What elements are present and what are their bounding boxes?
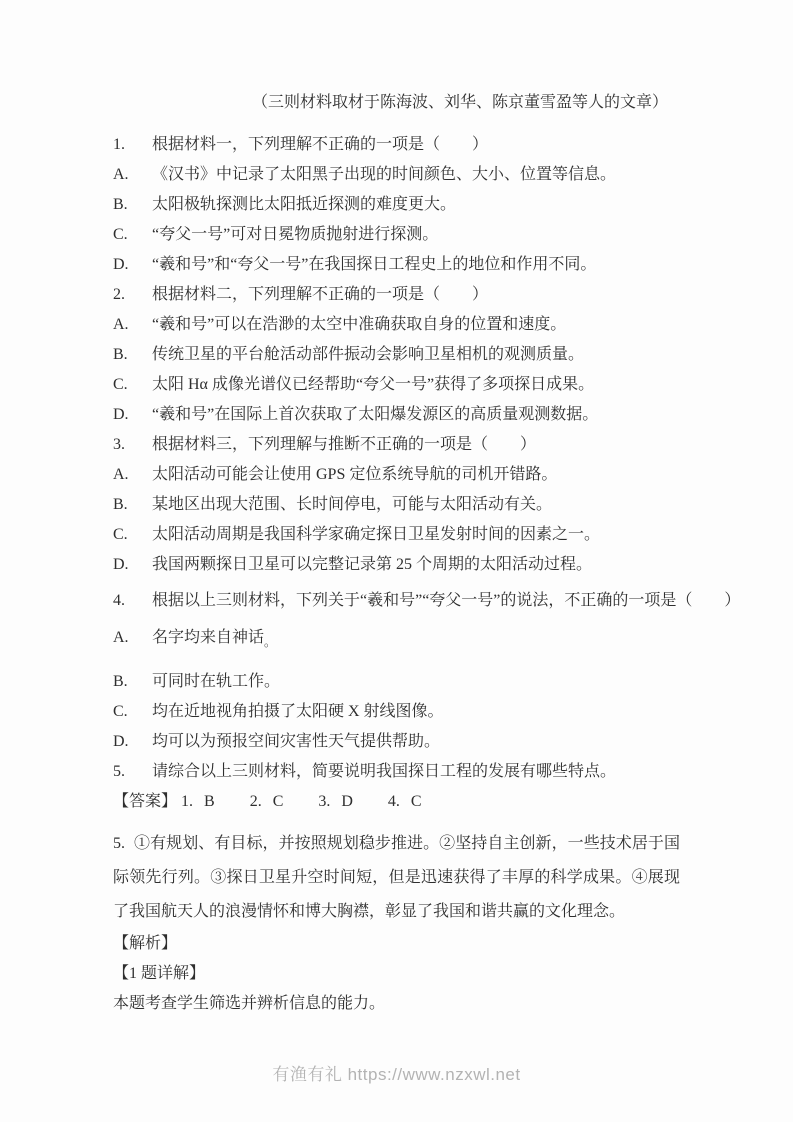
option-row: A. “羲和号”可以在浩渺的太空中准确获取自身的位置和速度。 [113, 310, 680, 340]
question-stem-row: 4. 根据以上三则材料，下列关于“羲和号”“夸父一号”的说法，不正确的一项是（ … [113, 586, 680, 616]
option-row: A. 《汉书》中记录了太阳黑子出现的时间颜色、大小、位置等信息。 [113, 160, 680, 190]
option-text: “夸父一号”可对日冕物质抛射进行探测。 [152, 220, 438, 250]
option-text: 太阳活动周期是我国科学家确定探日卫星发射时间的因素之一。 [152, 520, 600, 550]
option-text: 太阳 Hα 成像光谱仪已经帮助“夸父一号”获得了多项探日成果。 [152, 370, 594, 400]
option-row: D. 我国两颗探日卫星可以完整记录第 25 个周期的太阳活动过程。 [113, 550, 680, 580]
option-row: C. 均在近地视角拍摄了太阳硬 X 射线图像。 [113, 697, 680, 727]
question-stem-row: 1. 根据材料一，下列理解不正确的一项是（ ） [113, 130, 680, 160]
question-number: 4. [113, 586, 152, 616]
question-number: 2. [113, 280, 152, 310]
option-row: C. 太阳 Hα 成像光谱仪已经帮助“夸父一号”获得了多项探日成果。 [113, 370, 680, 400]
answer-5-paragraph: 5.①有规划、有目标，并按照规划稳步推进。②坚持自主创新，一些技术居于国际领先行… [113, 827, 680, 929]
option-text: 均在近地视角拍摄了太阳硬 X 射线图像。 [152, 697, 444, 727]
answer-5-number: 5. [113, 835, 125, 852]
option-row: C. “夸父一号”可对日冕物质抛射进行探测。 [113, 220, 680, 250]
answer-5-text: ①有规划、有目标，并按照规划稳步推进。②坚持自主创新，一些技术居于国际领先行列。… [113, 835, 680, 920]
question-stem: 根据以上三则材料，下列关于“羲和号”“夸父一号”的说法，不正确的一项是（ ） [152, 586, 740, 616]
site-watermark: 有渔有礼 https://www.nzxwl.net [0, 1062, 793, 1088]
question-number: 5. [113, 757, 152, 787]
option-label: C. [113, 370, 152, 400]
option-label: A. [113, 310, 152, 340]
question-stem: 根据材料二，下列理解不正确的一项是（ ） [152, 280, 488, 310]
question-stem: 根据材料三，下列理解与推断不正确的一项是（ ） [152, 430, 536, 460]
option-label: A. [113, 460, 152, 490]
answer-item: 3. D [318, 787, 353, 817]
question-number: 3. [113, 430, 152, 460]
option-label: A. [113, 623, 152, 657]
option-row: B. 可同时在轨工作。 [113, 667, 680, 697]
question-stem-row: 2. 根据材料二，下列理解不正确的一项是（ ） [113, 280, 680, 310]
option-label: B. [113, 667, 152, 697]
option-text: 可同时在轨工作。 [152, 667, 280, 697]
question-stem: 请综合以上三则材料，简要说明我国探日工程的发展有哪些特点。 [152, 757, 616, 787]
subscript-period: 。 [264, 635, 276, 649]
option-label: C. [113, 520, 152, 550]
document-page: （三则材料取材于陈海波、刘华、陈京董雪盈等人的文章） 1. 根据材料一，下列理解… [0, 0, 793, 1122]
question-number: 1. [113, 130, 152, 160]
analysis-detail-text: 本题考查学生筛选并辨析信息的能力。 [113, 989, 680, 1019]
analysis-section-label: 【解析】 [113, 929, 680, 959]
question-block-2: 2. 根据材料二，下列理解不正确的一项是（ ） A. “羲和号”可以在浩渺的太空… [113, 280, 680, 430]
option-text: “羲和号”和“夸父一号”在我国探日工程史上的地位和作用不同。 [152, 250, 596, 280]
answer-item: 1. B [181, 787, 215, 817]
source-attribution: （三则材料取材于陈海波、刘华、陈京董雪盈等人的文章） [113, 88, 680, 118]
option-row: D. “羲和号”和“夸父一号”在我国探日工程史上的地位和作用不同。 [113, 250, 680, 280]
option-label: B. [113, 490, 152, 520]
option-text: 名字均来自神话。 [152, 623, 276, 657]
question-stem-row: 5. 请综合以上三则材料，简要说明我国探日工程的发展有哪些特点。 [113, 757, 680, 787]
answer-item: 4. C [388, 787, 422, 817]
option-label: C. [113, 220, 152, 250]
option-row: B. 某地区出现大范围、长时间停电，可能与太阳活动有关。 [113, 490, 680, 520]
option-label: B. [113, 340, 152, 370]
option-text: 《汉书》中记录了太阳黑子出现的时间颜色、大小、位置等信息。 [152, 160, 616, 190]
analysis-detail-label: 【1 题详解】 [113, 959, 680, 989]
option-label: D. [113, 550, 152, 580]
option-text: 太阳活动可能会让使用 GPS 定位系统导航的司机开错路。 [152, 460, 557, 490]
option-text: 某地区出现大范围、长时间停电，可能与太阳活动有关。 [152, 490, 552, 520]
option-row: D. 均可以为预报空间灾害性天气提供帮助。 [113, 727, 680, 757]
option-row: C. 太阳活动周期是我国科学家确定探日卫星发射时间的因素之一。 [113, 520, 680, 550]
option-text: 我国两颗探日卫星可以完整记录第 25 个周期的太阳活动过程。 [152, 550, 592, 580]
option-row: A. 太阳活动可能会让使用 GPS 定位系统导航的司机开错路。 [113, 460, 680, 490]
option-label: D. [113, 400, 152, 430]
option-row: A. 名字均来自神话。 [113, 623, 680, 657]
option-text: 传统卫星的平台舱活动部件振动会影响卫星相机的观测质量。 [152, 340, 584, 370]
option-label: D. [113, 727, 152, 757]
question-block-4: 4. 根据以上三则材料，下列关于“羲和号”“夸父一号”的说法，不正确的一项是（ … [113, 586, 680, 757]
option-label: D. [113, 250, 152, 280]
option-label: B. [113, 190, 152, 220]
option-text: “羲和号”可以在浩渺的太空中准确获取自身的位置和速度。 [152, 310, 566, 340]
answer-key: 【答案】 1. B 2. C 3. D 4. C [113, 787, 680, 817]
option-label: A. [113, 160, 152, 190]
question-stem: 根据材料一，下列理解不正确的一项是（ ） [152, 130, 488, 160]
answer-item: 2. C [250, 787, 284, 817]
option-text: 太阳极轨探测比太阳抵近探测的难度更大。 [152, 190, 456, 220]
option-row: D. “羲和号”在国际上首次获取了太阳爆发源区的高质量观测数据。 [113, 400, 680, 430]
question-block-5: 5. 请综合以上三则材料，简要说明我国探日工程的发展有哪些特点。 [113, 757, 680, 787]
option-row: B. 传统卫星的平台舱活动部件振动会影响卫星相机的观测质量。 [113, 340, 680, 370]
question-block-3: 3. 根据材料三，下列理解与推断不正确的一项是（ ） A. 太阳活动可能会让使用… [113, 430, 680, 580]
option-text: 均可以为预报空间灾害性天气提供帮助。 [152, 727, 440, 757]
answer-key-label: 【答案】 [113, 787, 177, 817]
option-row: B. 太阳极轨探测比太阳抵近探测的难度更大。 [113, 190, 680, 220]
question-stem-row: 3. 根据材料三，下列理解与推断不正确的一项是（ ） [113, 430, 680, 460]
option-text: “羲和号”在国际上首次获取了太阳爆发源区的高质量观测数据。 [152, 400, 598, 430]
question-block-1: 1. 根据材料一，下列理解不正确的一项是（ ） A. 《汉书》中记录了太阳黑子出… [113, 130, 680, 280]
option-label: C. [113, 697, 152, 727]
exam-content: （三则材料取材于陈海波、刘华、陈京董雪盈等人的文章） 1. 根据材料一，下列理解… [113, 88, 680, 1019]
